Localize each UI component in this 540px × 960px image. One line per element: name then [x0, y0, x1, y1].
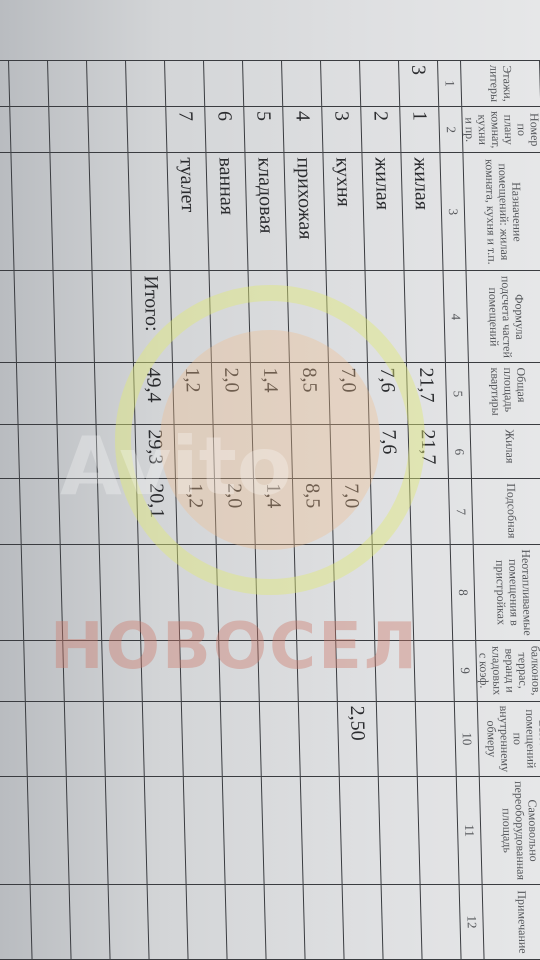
cell-note	[381, 885, 422, 960]
cell-room-purpose: туалет	[167, 153, 209, 271]
col-num: 9	[453, 640, 478, 701]
cell-floor	[243, 61, 283, 107]
cell-unauthorized	[261, 777, 303, 885]
header-height: Высота помещений по внутреннему обмеру	[477, 701, 540, 777]
header-unheated: Неотапливаемые помещения в пристройках	[473, 545, 540, 640]
cell-floor	[165, 61, 205, 107]
cell-unauthorized	[417, 777, 459, 885]
cell-note	[420, 885, 461, 960]
cell-note	[225, 885, 266, 960]
cell-height	[376, 701, 417, 777]
cell-unauthorized	[222, 777, 264, 885]
col-num: 4	[443, 271, 468, 363]
col-num: 1	[438, 61, 462, 107]
cell-room-number: 2	[361, 107, 401, 153]
header-plan-number: Номер по плану комнат, кухни и пр.	[462, 107, 540, 153]
cell-loggias	[414, 640, 455, 701]
cell-room-purpose: жилая	[401, 153, 443, 271]
header-note: Примечание	[482, 885, 540, 960]
col-num: 5	[445, 363, 470, 425]
cell-note	[264, 885, 305, 960]
header-total-area: Общая площадь квартиры	[468, 363, 540, 425]
cell-floor	[282, 61, 322, 107]
cell-floor: 3	[399, 61, 439, 107]
cell-height	[415, 701, 456, 777]
cell-height	[259, 701, 300, 777]
cell-unauthorized	[339, 777, 381, 885]
cell-room-purpose: ванная	[206, 153, 248, 271]
cell-unauthorized	[183, 777, 225, 885]
cell-room-purpose: кладовая	[245, 153, 287, 271]
cell-note	[303, 885, 344, 960]
cell-unauthorized	[378, 777, 420, 885]
cell-room-purpose: жилая	[362, 153, 404, 271]
cell-floor	[204, 61, 244, 107]
header-floors: Этажи, литеры	[461, 61, 540, 107]
cell-height: 2,50	[337, 701, 378, 777]
header-loggias: Лоджий, балконов, террас, веранд и кладо…	[476, 640, 540, 701]
cell-room-number: 7	[166, 107, 206, 153]
watermark-site: Avito	[60, 420, 292, 513]
col-num: 12	[459, 885, 484, 960]
watermark-brand: НОВОСЕЛ	[50, 610, 419, 684]
col-num: 11	[456, 777, 482, 885]
cell-note	[342, 885, 383, 960]
header-purpose: Назначение помещений: жилая комната, кух…	[463, 153, 540, 271]
col-num: 2	[439, 107, 463, 153]
cell-room-number: 5	[244, 107, 284, 153]
cell-room-number: 3	[322, 107, 362, 153]
cell-room-purpose: кухня	[323, 153, 365, 271]
header-unauthorized: Самовольно переоборудованная площадь	[479, 777, 540, 885]
col-num: 3	[440, 153, 466, 271]
col-num: 10	[454, 701, 479, 777]
col-num: 8	[450, 545, 475, 640]
cell-room-purpose: прихожая	[284, 153, 326, 271]
header-living: Жилая	[470, 425, 540, 479]
cell-room-number: 4	[283, 107, 323, 153]
cell-room-number: 6	[205, 107, 245, 153]
cell-formula	[404, 271, 445, 363]
cell-height	[298, 701, 339, 777]
col-num: 6	[447, 425, 471, 479]
col-num: 7	[448, 479, 473, 545]
cell-room-number: 1	[400, 107, 440, 153]
header-auxiliary: Подсобная	[471, 479, 540, 545]
cell-unauthorized	[300, 777, 342, 885]
header-formula: Формула подсчета частей помещений	[466, 271, 540, 363]
cell-height	[220, 701, 261, 777]
cell-note	[186, 885, 227, 960]
cell-height	[181, 701, 222, 777]
cell-floor	[321, 61, 361, 107]
cell-floor	[360, 61, 400, 107]
